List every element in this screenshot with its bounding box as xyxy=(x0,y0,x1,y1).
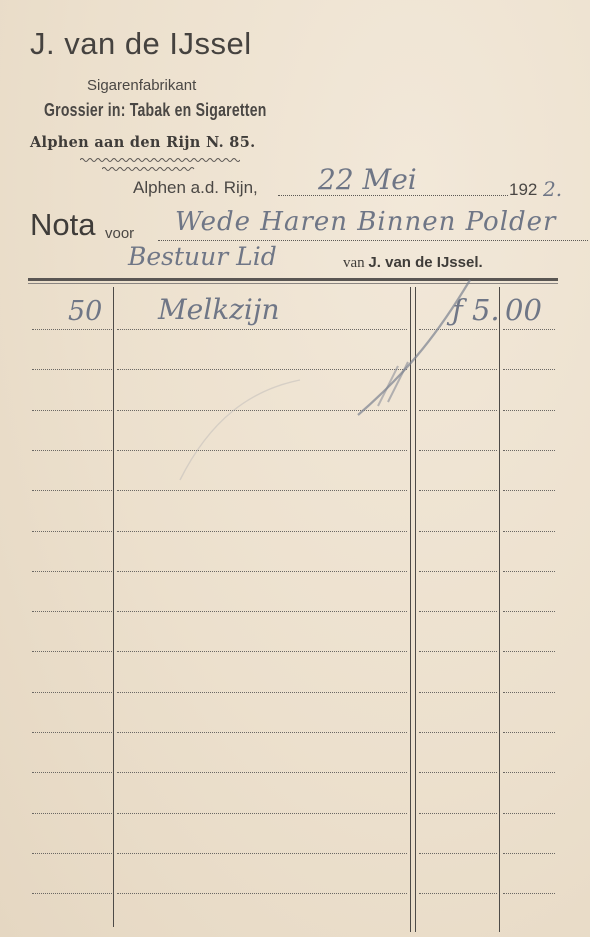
header-rule xyxy=(28,278,558,281)
row-1-cents: 00 xyxy=(505,293,542,327)
company-name: J. van de IJssel xyxy=(30,26,252,62)
row-dotted-line xyxy=(419,813,497,814)
recipient-dotted-line xyxy=(158,240,588,241)
row-dotted-line xyxy=(503,410,555,411)
row-dotted-line xyxy=(32,571,112,572)
row-dotted-line xyxy=(503,531,555,532)
row-dotted-line xyxy=(419,611,497,612)
row-dotted-line xyxy=(32,732,112,733)
column-divider-cents xyxy=(499,287,500,932)
column-divider-quantity xyxy=(113,287,114,927)
row-dotted-line xyxy=(419,410,497,411)
company-address: Alphen aan den Rijn N. 85. xyxy=(30,134,255,151)
header-rule-thin xyxy=(28,283,558,284)
row-dotted-line xyxy=(117,611,407,612)
row-dotted-line xyxy=(503,571,555,572)
nota-label: Nota xyxy=(30,207,95,243)
row-dotted-line xyxy=(419,369,497,370)
row-1-description: Melkzijn xyxy=(158,293,280,326)
row-dotted-line xyxy=(503,772,555,773)
row-dotted-line xyxy=(503,732,555,733)
row-dotted-line xyxy=(117,692,407,693)
row-dotted-line xyxy=(32,692,112,693)
column-divider-amount-left xyxy=(410,287,411,932)
row-dotted-line xyxy=(419,772,497,773)
row-dotted-line xyxy=(32,531,112,532)
row-dotted-line xyxy=(32,813,112,814)
year-handwritten: 2. xyxy=(543,177,562,201)
row-dotted-line xyxy=(419,450,497,451)
row-dotted-line xyxy=(32,772,112,773)
row-dotted-line xyxy=(503,329,555,330)
row-dotted-line xyxy=(32,611,112,612)
row-dotted-line xyxy=(117,732,407,733)
row-dotted-line xyxy=(503,893,555,894)
handwritten-recipient-line2: Bestuur Lid xyxy=(128,242,277,271)
row-dotted-line xyxy=(117,450,407,451)
row-dotted-line xyxy=(117,490,407,491)
row-1-guilders: ƒ 5. xyxy=(452,293,500,327)
row-dotted-line xyxy=(419,893,497,894)
row-dotted-line xyxy=(503,813,555,814)
row-dotted-line xyxy=(117,369,407,370)
from-line: van J. van de IJssel. xyxy=(343,254,483,272)
place-label: Alphen a.d. Rijn, xyxy=(133,178,258,198)
from-company: J. van de IJssel. xyxy=(368,254,482,271)
row-dotted-line xyxy=(32,450,112,451)
row-dotted-line xyxy=(32,329,112,330)
handwritten-date: 22 Mei xyxy=(318,163,417,196)
row-dotted-line xyxy=(503,611,555,612)
row-dotted-line xyxy=(32,369,112,370)
row-dotted-line xyxy=(32,651,112,652)
row-dotted-line xyxy=(503,853,555,854)
row-dotted-line xyxy=(32,893,112,894)
row-dotted-line xyxy=(117,329,407,330)
row-dotted-line xyxy=(419,692,497,693)
row-dotted-line xyxy=(419,651,497,652)
row-dotted-line xyxy=(503,490,555,491)
row-dotted-line xyxy=(419,571,497,572)
row-dotted-line xyxy=(117,410,407,411)
decorative-wave-divider xyxy=(80,157,240,163)
decorative-wave-divider-2 xyxy=(102,166,196,172)
row-dotted-line xyxy=(117,571,407,572)
van-label: van xyxy=(343,255,365,271)
row-dotted-line xyxy=(32,853,112,854)
row-dotted-line xyxy=(503,692,555,693)
row-dotted-line xyxy=(419,732,497,733)
company-wholesale: Grossier in: Tabak en Sigaretten xyxy=(44,100,267,121)
row-dotted-line xyxy=(117,893,407,894)
row-dotted-line xyxy=(503,369,555,370)
row-dotted-line xyxy=(117,651,407,652)
row-dotted-line xyxy=(419,531,497,532)
invoice-paper: J. van de IJssel Sigarenfabrikant Grossi… xyxy=(0,0,590,937)
row-dotted-line xyxy=(117,813,407,814)
row-dotted-line xyxy=(32,410,112,411)
row-dotted-line xyxy=(503,450,555,451)
column-divider-amount-right xyxy=(415,287,416,932)
row-dotted-line xyxy=(419,329,497,330)
voor-label: voor xyxy=(105,225,134,242)
handwritten-recipient-line1: Wede Haren Binnen Polder xyxy=(175,207,556,237)
row-dotted-line xyxy=(117,531,407,532)
row-dotted-line xyxy=(419,490,497,491)
row-dotted-line xyxy=(32,490,112,491)
row-dotted-line xyxy=(503,651,555,652)
company-trade: Sigarenfabrikant xyxy=(87,77,196,94)
year-printed: 192 xyxy=(509,180,537,200)
row-1-quantity: 50 xyxy=(68,296,102,327)
row-dotted-line xyxy=(117,853,407,854)
row-dotted-line xyxy=(419,853,497,854)
row-dotted-line xyxy=(117,772,407,773)
